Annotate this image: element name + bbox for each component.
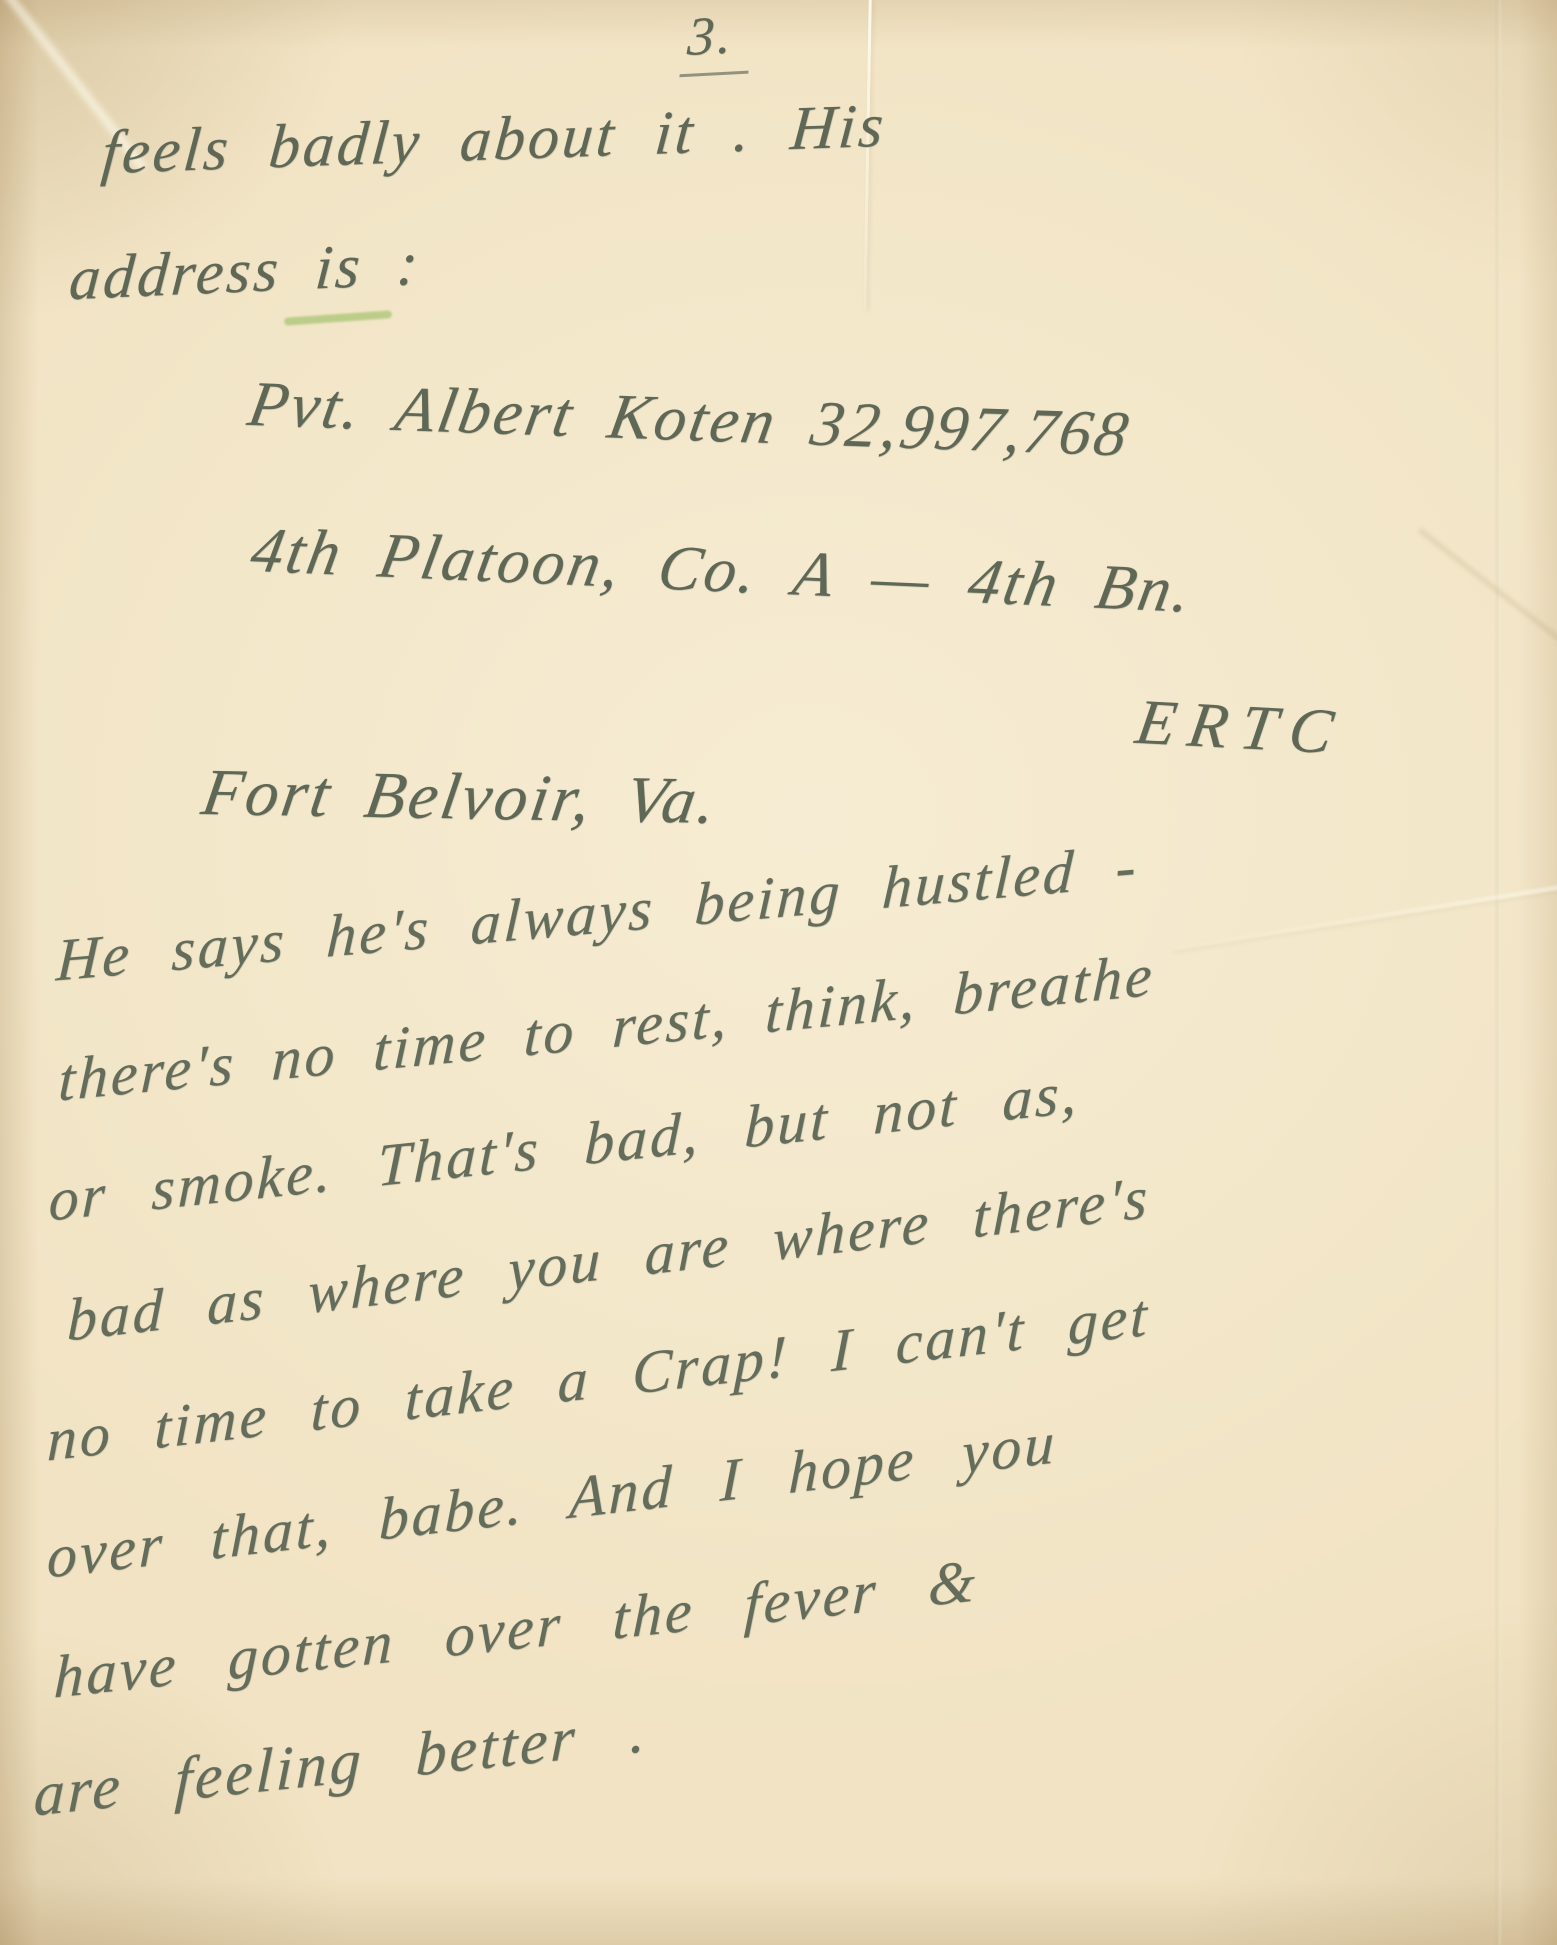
paper-crease-upper-right [1418, 528, 1557, 674]
address-line-name-number: Pvt. Albert Koten 32,997,768 [244, 372, 1136, 466]
address-line-fort: Fort Belvoir, Va. [198, 760, 724, 835]
green-pencil-trace [284, 310, 392, 326]
paper-crease-right-edge [1496, 0, 1501, 1945]
opening-line-1: feels badly about it . His [100, 95, 889, 185]
address-line-unit: 4th Platoon, Co. A — 4th Bn. [246, 518, 1199, 623]
opening-line-2: address is : [67, 233, 423, 311]
letter-page: 3. feels badly about it . His address is… [0, 0, 1557, 1945]
address-line-ertc: ERTC [1132, 690, 1350, 764]
paper-crease-mid-right [1172, 884, 1557, 952]
page-number: 3. [679, 6, 751, 77]
body-line-8: are feeling better . [33, 1699, 649, 1826]
